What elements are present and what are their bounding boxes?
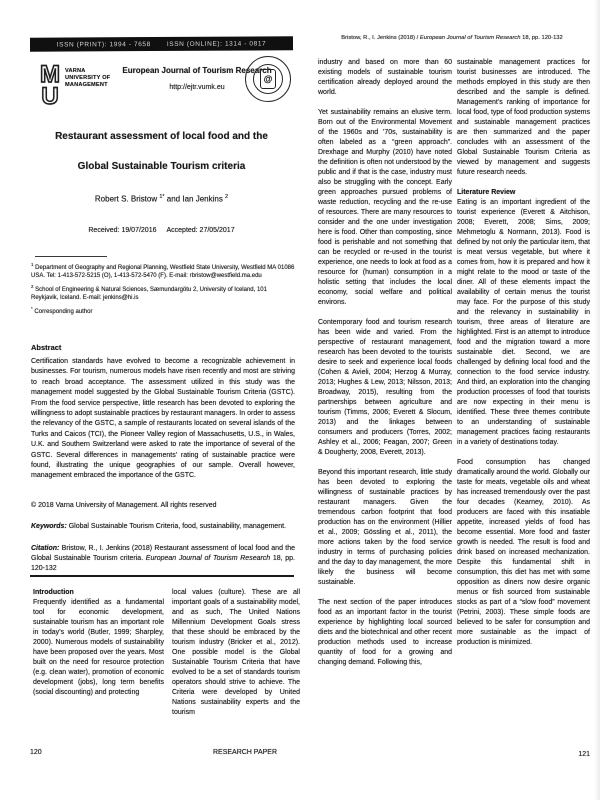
introduction-paragraph-cont: local values (culture). These are all im… xyxy=(172,588,300,718)
research-paper-label: RESEARCH PAPER xyxy=(160,749,330,756)
keywords-label: Keywords: xyxy=(31,523,67,530)
footnote-3-text: Corresponding author xyxy=(33,309,93,315)
author-1: Robert S. Bristow xyxy=(95,195,159,204)
body-paragraph: Eating is an important ingredient of the… xyxy=(457,198,590,448)
footnotes: 1 Department of Geography and Regional P… xyxy=(31,261,295,320)
citation-label: Citation: xyxy=(31,545,59,552)
keywords-line: Keywords: Global Sustainable Tourism Cri… xyxy=(31,523,295,530)
author-2: and Ian Jenkins xyxy=(165,195,225,204)
keywords-text: Global Sustainable Tourism Criteria, foo… xyxy=(67,523,286,530)
article-title-line2: Global Sustainable Tourism criteria xyxy=(30,161,293,172)
footnote-1: 1 Department of Geography and Regional P… xyxy=(31,261,295,280)
author-line: Robert S. Bristow 1* and Ian Jenkins 2 xyxy=(30,194,293,204)
body-paragraph: Contemporary food and tourism research h… xyxy=(318,318,452,458)
body-paragraph: Food consumption has changed dramaticall… xyxy=(457,458,590,648)
page2-number: 121 xyxy=(540,751,590,758)
section-divider-rule xyxy=(30,575,294,577)
body-paragraph: industry and based on more than 60 exist… xyxy=(318,58,452,98)
footnote-divider xyxy=(35,256,107,257)
running-head-pages: 18, pp. 120-132 xyxy=(521,35,563,41)
running-head-authors: Bristow, R., I. Jenkins (2018) / xyxy=(341,35,420,41)
journal-header: M U VARNA UNIVERSITY OF MANAGEMENT Europ… xyxy=(33,60,293,118)
citation-journal-italic: European Journal of Tourism Research xyxy=(146,555,270,562)
issn-bar: ISSN (PRINT): 1994 - 7658 ISSN (ONLINE):… xyxy=(30,36,293,51)
running-head: Bristow, R., I. Jenkins (2018) / Europea… xyxy=(312,35,592,41)
running-head-journal: European Journal of Tourism Research xyxy=(420,35,521,41)
footnote-2: 2 School of Engineering & Natural Scienc… xyxy=(31,283,295,302)
footnote-2-text: School of Engineering & Natural Sciences… xyxy=(31,287,267,301)
author-2-affiliation-mark: 2 xyxy=(225,194,228,200)
org-line: VARNA xyxy=(65,68,110,75)
abstract-text: Certification standards have evolved to … xyxy=(31,357,295,482)
page1-column-2: local values (culture). These are all im… xyxy=(172,588,300,728)
received-date: Received: 19/07/2016 xyxy=(88,227,156,234)
footnote-corresponding: * Corresponding author xyxy=(31,305,295,317)
introduction-paragraph: Frequently identified as a fundamental t… xyxy=(33,598,164,698)
issn-print: ISSN (PRINT): 1994 - 7658 xyxy=(57,41,151,48)
footnote-1-text: Department of Geography and Regional Pla… xyxy=(31,265,294,279)
logo-letter-u: U xyxy=(41,83,58,108)
page2-column-2: sustainable management practices for tou… xyxy=(457,58,590,658)
journal-seal-icon: @ xyxy=(245,56,291,102)
org-line: UNIVERSITY OF xyxy=(65,75,110,82)
issn-online: ISSN (ONLINE): 1314 - 0817 xyxy=(167,40,266,48)
abstract-heading: Abstract xyxy=(31,343,294,352)
citation-line: Citation: Bristow, R., I. Jenkins (2018)… xyxy=(31,544,295,575)
body-paragraph: Beyond this important research, little s… xyxy=(318,468,452,588)
dates-line: Received: 19/07/2016 Accepted: 27/05/201… xyxy=(30,227,293,234)
seal-inner-ring: @ xyxy=(253,64,283,94)
literature-review-heading: Literature Review xyxy=(457,188,590,198)
org-line: MANAGEMENT xyxy=(65,82,110,89)
body-paragraph: Yet sustainability remains an elusive te… xyxy=(318,108,452,308)
seal-at-symbol: @ xyxy=(260,69,276,89)
copyright-line: © 2018 Varna University of Management. A… xyxy=(31,502,295,509)
introduction-heading: Introduction xyxy=(33,588,164,598)
accepted-date: Accepted: 27/05/2017 xyxy=(166,227,234,234)
body-paragraph: The next section of the paper introduces… xyxy=(318,598,452,668)
page1-column-1: Introduction Frequently identified as a … xyxy=(33,588,164,708)
article-title-line1: Restaurant assessment of local food and … xyxy=(30,131,293,142)
page2-column-1: industry and based on more than 60 exist… xyxy=(318,58,452,678)
university-name: VARNA UNIVERSITY OF MANAGEMENT xyxy=(65,68,110,89)
page1-number: 120 xyxy=(30,749,42,756)
vum-logo-icon: M U xyxy=(35,62,65,113)
scan-page-edge-shadow xyxy=(594,0,600,800)
body-paragraph: sustainable management practices for tou… xyxy=(457,58,590,178)
